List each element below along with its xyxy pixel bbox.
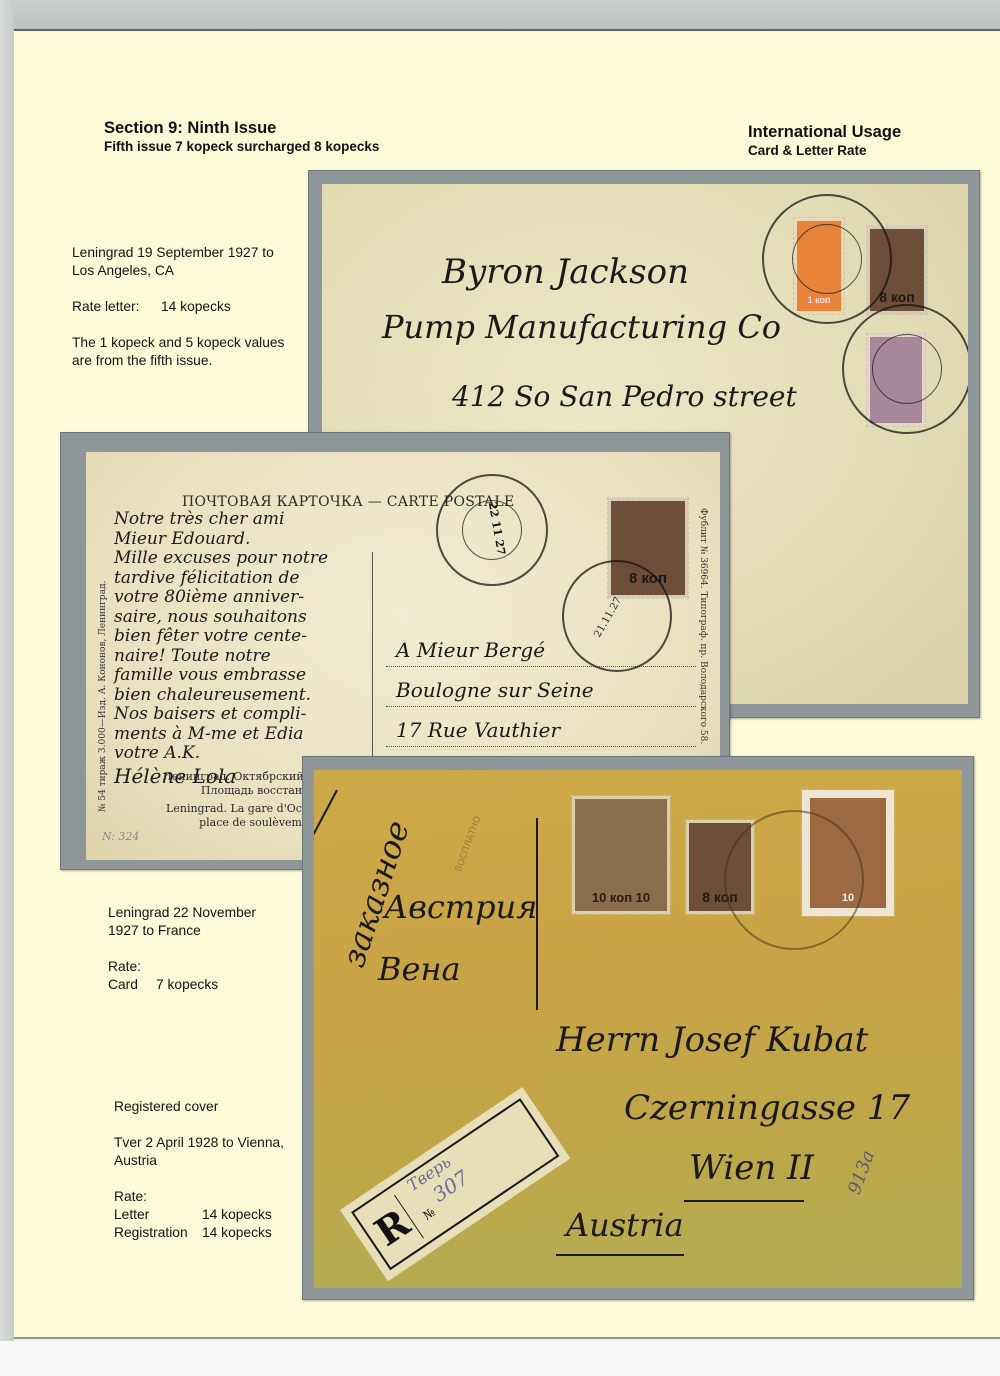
postcard-address-rule bbox=[386, 706, 696, 707]
scan-border-bottom bbox=[0, 1341, 1000, 1376]
postcard-address-rule bbox=[386, 666, 696, 667]
postmark-inner-ring bbox=[792, 224, 862, 294]
section-title: Section 9: Ninth Issue bbox=[104, 119, 379, 138]
postcard-publisher-line: № 54 тираж 3.000—Изд. А. Кононов, Ленинг… bbox=[98, 581, 108, 812]
cover3-rate-label: Rate: bbox=[114, 1188, 304, 1206]
cover3-stroke bbox=[314, 790, 337, 985]
cover3-address-line: Herrn Josef Kubat bbox=[556, 1020, 868, 1060]
cover1-address-line: 412 So San Pedro street bbox=[452, 380, 797, 413]
cover3-type: Registered cover bbox=[114, 1098, 304, 1116]
cover3-address-line: Austria bbox=[566, 1206, 684, 1244]
cover3-country-text: Австрия bbox=[384, 888, 537, 926]
cover3-divider bbox=[536, 818, 538, 1010]
card-rate: Card 7 kopecks bbox=[108, 976, 288, 994]
cover1-description: Leningrad 19 September 1927 to Los Angel… bbox=[72, 244, 297, 370]
postmark-tver bbox=[724, 810, 864, 950]
cover1-route: Leningrad 19 September 1927 to Los Angel… bbox=[72, 244, 297, 280]
section-subtitle: Fifth issue 7 kopeck surcharged 8 kopeck… bbox=[104, 139, 379, 154]
postcard-message: Notre très cher ami Mieur Edouard. Mille… bbox=[114, 510, 374, 788]
card-route: Leningrad 22 November 1927 to France bbox=[108, 904, 288, 940]
postcard-caption-russian: Ленинград. Октябрский во Площадь восстан… bbox=[120, 770, 320, 798]
card-description: Leningrad 22 November 1927 to France Rat… bbox=[108, 904, 288, 994]
postcard-caption-french: Leningrad. La gare d'Octob place de soul… bbox=[116, 802, 320, 830]
underline bbox=[556, 1254, 684, 1256]
cover3-address-line: Wien II bbox=[689, 1148, 814, 1188]
cover3-mount: заказное Австрия Вена ВОСПЛАТНО Herrn Jo… bbox=[302, 756, 974, 1300]
cover3-envelope: заказное Австрия Вена ВОСПЛАТНО Herrn Jo… bbox=[314, 770, 962, 1288]
postmark-leningrad-4-eks bbox=[562, 560, 672, 672]
category-heading: International Usage Card & Letter Rate bbox=[748, 123, 901, 158]
postcard-address-rule bbox=[386, 746, 696, 747]
cover1-remark: The 1 kopeck and 5 kopeck values are fro… bbox=[72, 334, 297, 370]
cover3-description: Registered cover Tver 2 April 1928 to Vi… bbox=[114, 1098, 304, 1242]
cover1-rate: Rate letter: 14 kopecks bbox=[72, 298, 297, 316]
card-rate-label: Rate: bbox=[108, 958, 288, 976]
postcard-pencil-note: N: 324 bbox=[102, 830, 139, 843]
underline bbox=[684, 1200, 804, 1202]
cover1-address-line: Pump Manufacturing Co bbox=[382, 308, 781, 346]
cover3-route: Tver 2 April 1928 to Vienna, Austria bbox=[114, 1134, 304, 1170]
cover1-address-line: Byron Jackson bbox=[442, 252, 689, 292]
scan-border-left bbox=[0, 0, 14, 1342]
category-title: International Usage bbox=[748, 123, 901, 142]
scan-border-top bbox=[0, 0, 1000, 30]
postcard-address-line: 17 Rue Vauthier bbox=[396, 718, 560, 742]
faint-handstamp: ВОСПЛАТНО bbox=[454, 815, 483, 873]
postcard-address-line: A Mieur Bergé bbox=[396, 638, 545, 662]
stamp-10-kopeck-children: 10 коп 10 bbox=[572, 796, 670, 914]
cover3-city-text: Вена bbox=[378, 950, 461, 988]
postcard-divider bbox=[372, 552, 373, 772]
cover3-pencil-note: 913a bbox=[844, 1148, 879, 1198]
cover3-address-line: Czerningasse 17 bbox=[624, 1088, 910, 1128]
registration-label: R № 307 Тверь bbox=[340, 1087, 570, 1281]
postmark-inner-ring bbox=[872, 334, 942, 404]
postcard-address-line: Boulogne sur Seine bbox=[396, 678, 594, 702]
section-heading: Section 9: Ninth Issue Fifth issue 7 kop… bbox=[104, 119, 379, 154]
cover3-rate-registration: Registration 14 kopecks bbox=[114, 1224, 304, 1242]
postcard-printer-line: Фублит № 36964. Типограф. пр. Володарско… bbox=[698, 508, 708, 744]
category-subtitle: Card & Letter Rate bbox=[748, 143, 901, 158]
cover3-rate-letter: Letter 14 kopecks bbox=[114, 1206, 304, 1224]
